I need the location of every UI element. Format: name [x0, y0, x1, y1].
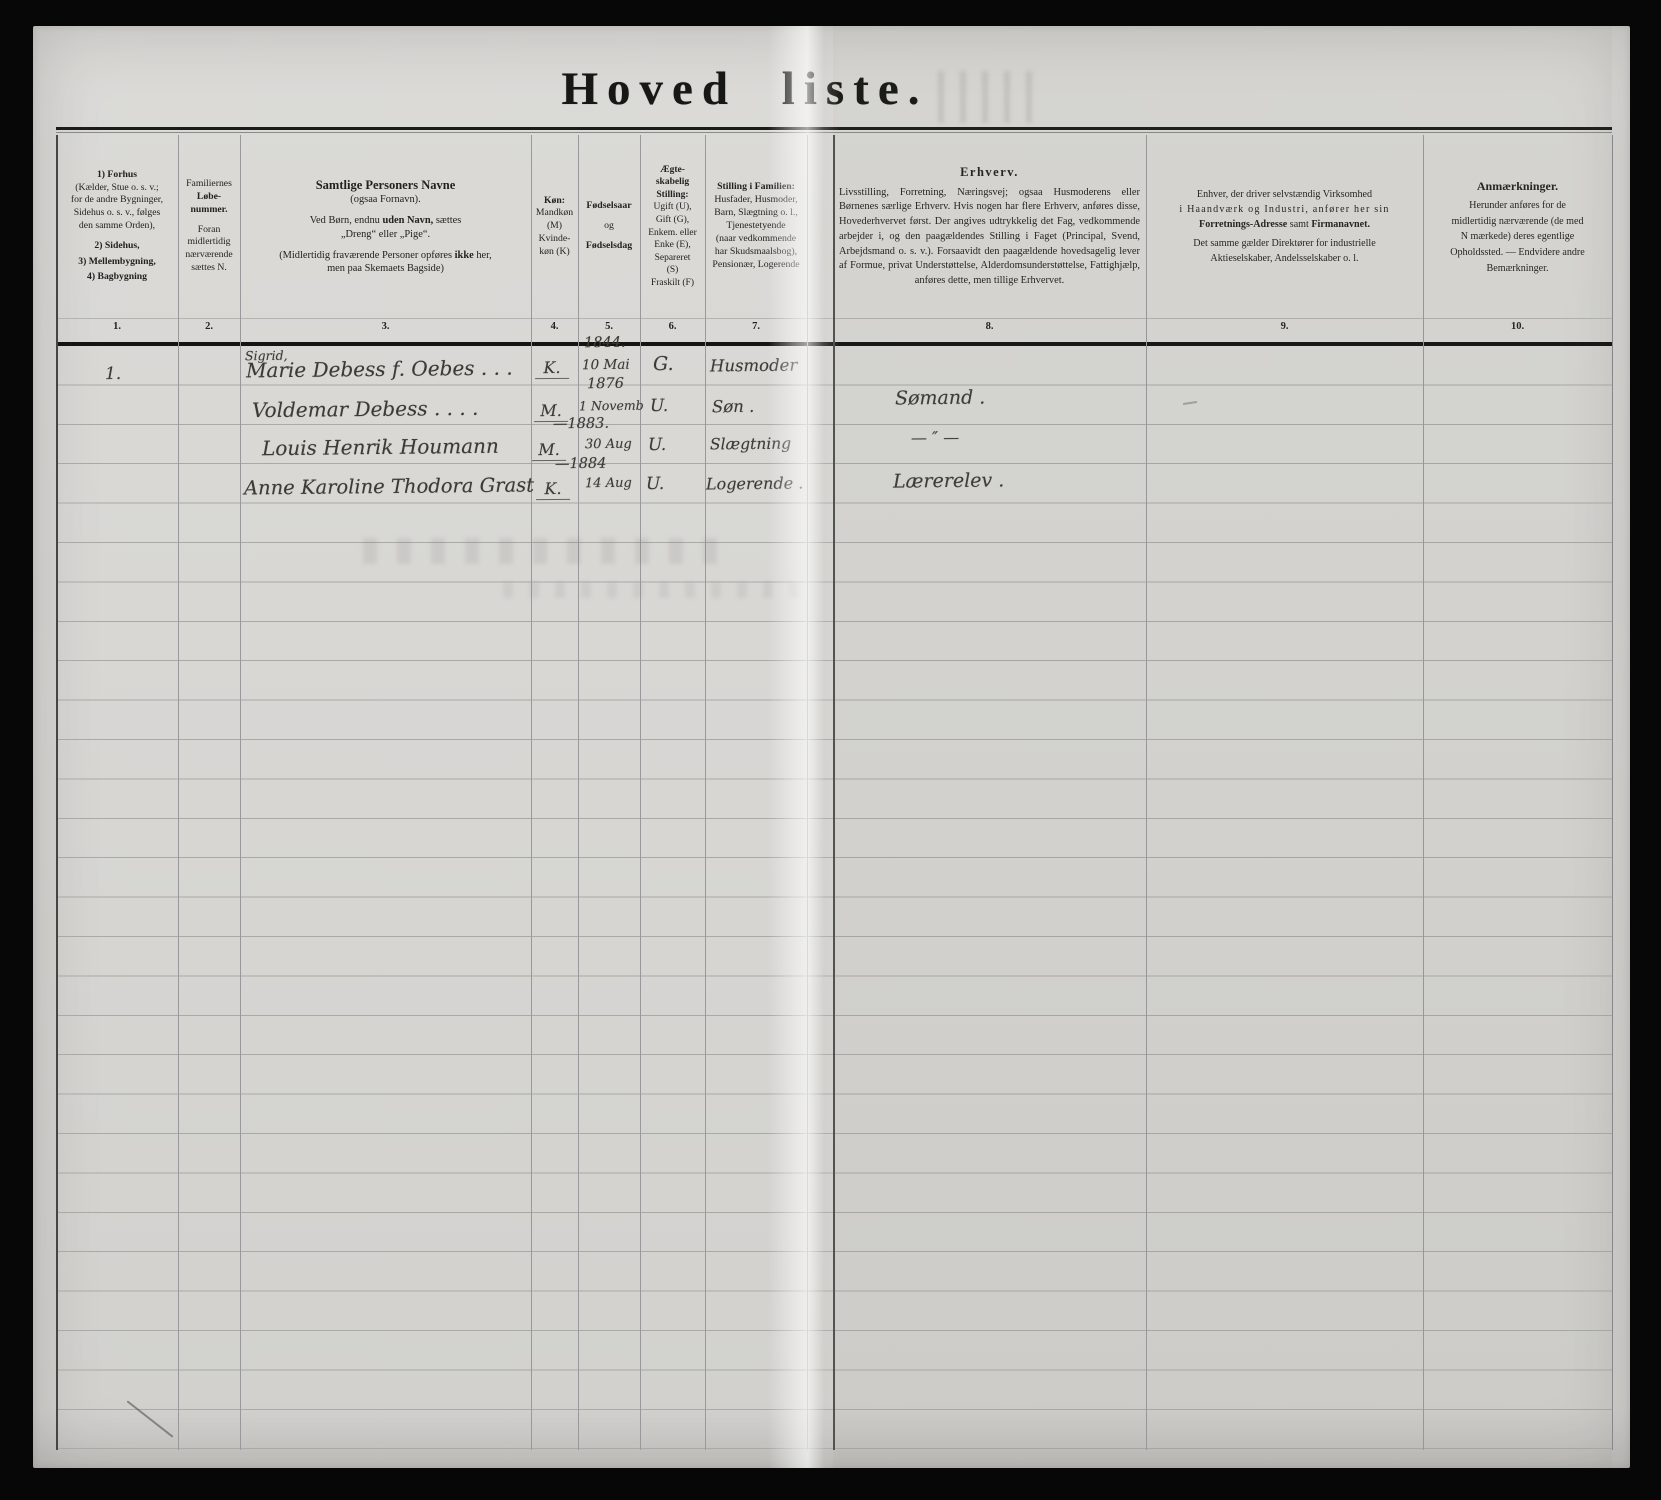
- header-text: nærværende: [185, 249, 232, 262]
- grid-vline: [531, 135, 532, 1450]
- header-text: (Midlertidig fraværende Personer opføres: [279, 250, 454, 261]
- entry-birth-year: 1876: [587, 376, 624, 392]
- entry-sex: K.: [535, 358, 569, 379]
- entry-birth-year: —1884: [555, 456, 607, 473]
- entry-name: Voldemar Debess . . . .: [252, 396, 479, 422]
- header-text: (ogsaa Fornavn).: [350, 193, 420, 207]
- header-text: og: [604, 220, 614, 233]
- header-text: Gift (G),: [656, 214, 689, 227]
- header-text: skabelig: [656, 176, 689, 189]
- entry-number: 1.: [105, 364, 121, 384]
- entry-birth-year: 1844.: [584, 335, 626, 351]
- header-text: uden Navn,: [382, 215, 433, 226]
- header-text: (S): [667, 264, 679, 277]
- entry-status: U.: [646, 474, 664, 494]
- header-text: 1) Forhus: [97, 169, 137, 182]
- header-text: Separeret: [655, 252, 691, 265]
- header-text: Ugift (U),: [654, 201, 692, 214]
- entry-status: G.: [653, 353, 674, 375]
- header-text: sættes N.: [191, 262, 227, 275]
- entry-birth-date: 1 Novemb: [579, 398, 644, 414]
- header-text: Familiernes: [186, 178, 232, 191]
- entry-family: Søn .: [712, 397, 755, 416]
- header-text: Ved Børn, endnu: [310, 215, 383, 226]
- entry-name: Marie Debess f. Oebes . . .: [246, 356, 513, 383]
- grid-vline: [240, 135, 241, 1450]
- header-text: ikke: [455, 250, 474, 261]
- header-text: sættes: [433, 215, 461, 226]
- header-text: nummer.: [190, 204, 227, 217]
- paper-sheet: Hoved liste. 1) Forhus (Kælder, Stue o. …: [33, 26, 1630, 1468]
- header-text: Løbe-: [197, 191, 221, 204]
- column-number: 2.: [178, 321, 240, 339]
- entry-birth-date: 30 Aug: [585, 437, 632, 452]
- grid-vline: [578, 135, 579, 1450]
- column-number: 1.: [56, 321, 178, 339]
- header-col-loebenummer: Familiernes Løbe- nummer. Foran midlerti…: [178, 135, 240, 318]
- scanned-census-page: { "title": "Hoved liste.", "colNumbers":…: [0, 0, 1661, 1500]
- bleedthrough-smudge: [363, 538, 733, 564]
- header-col-koen: Køn: Mandkøn (M) Kvinde- køn (K): [531, 135, 578, 318]
- header-text: (Kælder, Stue o. s. v.;: [75, 182, 158, 195]
- column-number: 6.: [640, 321, 705, 339]
- header-text: (M): [547, 220, 562, 233]
- entry-birth-date: 14 Aug: [585, 476, 632, 491]
- header-text: den samme Orden),: [79, 220, 155, 233]
- header-text: Enkem. eller: [648, 227, 697, 240]
- header-text: Fraskilt (F): [651, 277, 694, 290]
- grid-vline: [56, 135, 58, 1450]
- header-text: Ægte-: [660, 164, 685, 177]
- grid-vline: [640, 135, 641, 1450]
- header-text: „Dreng“ eller „Pige“.: [341, 228, 430, 242]
- header-text: Enke (E),: [654, 239, 690, 252]
- header-text: men paa Skemaets Bagside): [327, 262, 444, 276]
- header-text: Sidehus o. s. v., følges: [74, 207, 161, 220]
- entry-status: U.: [648, 435, 666, 455]
- header-text: midlertidig: [187, 236, 230, 249]
- header-text: 2) Sidehus,: [94, 240, 139, 253]
- header-col-forhus: 1) Forhus (Kælder, Stue o. s. v.; for de…: [56, 135, 178, 318]
- header-col-foedselsaar: Fødselsaar og Fødselsdag: [578, 135, 640, 318]
- entry-name: Louis Henrik Houmann: [262, 434, 499, 460]
- grid-vline: [178, 135, 179, 1450]
- header-text: for de andre Bygninger,: [71, 194, 163, 207]
- header-text: 3) Mellembygning,: [78, 256, 156, 269]
- grid-vline: [1612, 135, 1613, 1450]
- entry-birth-year: —1883.: [553, 416, 609, 433]
- header-text: Fødselsaar: [586, 200, 631, 213]
- header-text: Kvinde-: [539, 233, 571, 246]
- column-number: 4.: [531, 321, 578, 339]
- header-text: her,: [474, 250, 492, 261]
- header-text: Samtlige Personers Navne: [316, 177, 456, 194]
- header-text: Fødselsdag: [586, 240, 632, 253]
- header-col-aegteskabelig: Ægte- skabelig Stilling: Ugift (U), Gift…: [640, 135, 705, 318]
- bleedthrough-smudge: [503, 582, 803, 598]
- entry-birth-date: 10 Mai: [582, 357, 630, 373]
- header-text: køn (K): [539, 246, 569, 259]
- header-text: Køn:: [544, 195, 565, 208]
- entry-sex: K.: [536, 479, 570, 500]
- header-text: Mandkøn: [536, 207, 573, 220]
- column-number: 3.: [240, 321, 531, 339]
- grid-vline: [705, 135, 706, 1450]
- entry-status: U.: [650, 396, 668, 416]
- header-text: 4) Bagbygning: [87, 271, 147, 284]
- header-text: Stilling:: [656, 189, 688, 202]
- right-page-shading: [833, 26, 1612, 1468]
- header-col-navne: Samtlige Personers Navne (ogsaa Fornavn)…: [240, 135, 531, 318]
- page-fold: [768, 26, 840, 1468]
- header-text: Foran: [198, 224, 221, 237]
- entry-name: Anne Karoline Thodora Grast: [244, 473, 534, 499]
